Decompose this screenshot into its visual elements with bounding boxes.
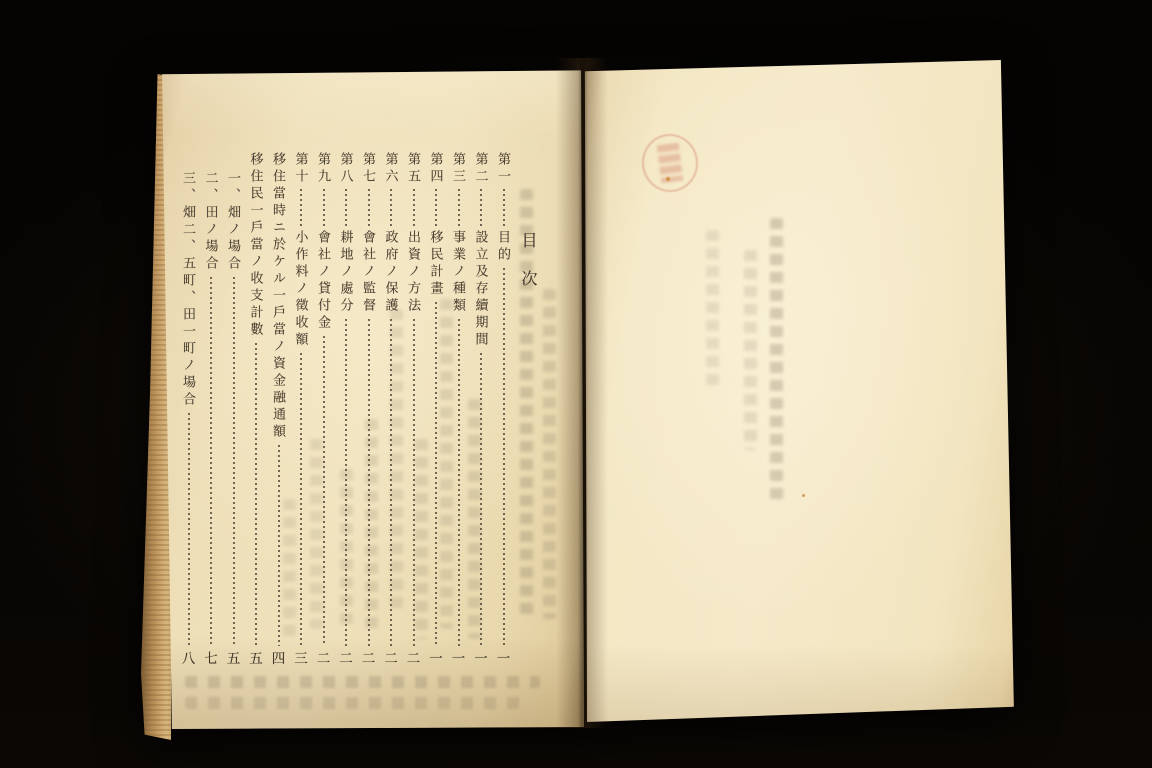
- toc-entry: 移住當時ニ於ケル一戶當ノ資金融通額 四: [268, 152, 289, 668]
- toc-leader-dots: [458, 319, 460, 646]
- toc-leader-dots: [480, 189, 482, 227]
- toc-leader-dots: [255, 343, 257, 646]
- toc-entry-number: 第十: [295, 152, 308, 186]
- left-page: 目次 第一 目的 一 第二 設立及存續期間 一 第三 事業ノ種類 一 第四: [160, 69, 584, 729]
- toc-leader-dots: [503, 268, 505, 646]
- toc-entry-page-number: 一: [497, 649, 511, 668]
- toc-leader-dots: [458, 189, 460, 227]
- toc-leader-dots: [390, 319, 392, 646]
- toc-entry: 第十 小作料ノ徵收額 三: [291, 152, 312, 668]
- toc-entry-number: 第五: [407, 152, 420, 186]
- toc-leader-dots: [413, 319, 415, 646]
- showthrough-column: [770, 218, 783, 502]
- toc-entry-page-number: 七: [204, 649, 218, 668]
- toc-entry-page-number: 五: [249, 649, 263, 668]
- paper-speck: [802, 494, 805, 497]
- toc-entry-label: 耕地ノ處分: [340, 230, 353, 315]
- toc-entry-page-number: 二: [339, 649, 353, 668]
- toc-entry: 第六 政府ノ保護 二: [381, 152, 402, 668]
- toc-entry: 二、田ノ場合 七: [201, 152, 222, 668]
- showthrough-row: [185, 697, 530, 709]
- toc-entry-page-number: 五: [227, 649, 241, 668]
- toc-entry: 第三 事業ノ種類 一: [448, 152, 469, 668]
- toc-entry-number: 第六: [385, 152, 398, 186]
- seal-ink-dot: [666, 177, 670, 181]
- toc-entry-label: 移民計畫: [430, 230, 443, 298]
- book: 目次 第一 目的 一 第二 設立及存續期間 一 第三 事業ノ種類 一 第四: [0, 0, 1152, 768]
- showthrough-column: [543, 289, 556, 619]
- toc-entry: 移住民一戶當ノ收支計數 五: [246, 152, 267, 668]
- toc-entry: 第四 移民計畫 一: [426, 152, 447, 668]
- toc-leader-dots: [480, 353, 482, 646]
- toc-entry-label: 會社ノ貸付金: [317, 230, 330, 332]
- toc-entry-label: 一、畑ノ場合: [227, 171, 240, 273]
- showthrough-column: [706, 230, 719, 390]
- toc-entry-page-number: 一: [474, 649, 488, 668]
- toc-entry-page-number: 三: [294, 649, 308, 668]
- toc-entry-page-number: 二: [362, 649, 376, 668]
- toc-entry: 三、畑二、五町、田一町ノ場合 八: [178, 152, 199, 668]
- toc-entry: 第八 耕地ノ處分 二: [336, 152, 357, 668]
- toc-leader-dots: [323, 336, 325, 646]
- toc-entry-label: 移住當時ニ於ケル一戶當ノ資金融通額: [272, 152, 285, 441]
- toc-entry-page-number: 一: [429, 649, 443, 668]
- toc-entry: 一、畑ノ場合 五: [223, 152, 244, 668]
- toc-entry-page-number: 二: [317, 649, 331, 668]
- showthrough-column: [744, 250, 757, 450]
- toc-entry-page-number: 四: [272, 649, 286, 668]
- toc-leader-dots: [300, 189, 302, 227]
- toc-entry-number: 第一: [497, 152, 510, 186]
- showthrough-row: [185, 676, 540, 688]
- toc-entry-label: 事業ノ種類: [452, 230, 465, 315]
- toc-leader-dots: [368, 189, 370, 227]
- toc-entry-label: 設立及存續期間: [475, 230, 488, 349]
- toc-entry-number: 第八: [340, 152, 353, 186]
- toc-leader-dots: [345, 189, 347, 227]
- toc-leader-dots: [345, 319, 347, 646]
- toc-title: 目次: [515, 232, 539, 308]
- toc-entry: 第一 目的 一: [493, 152, 514, 668]
- toc-entry-number: 第九: [317, 152, 330, 186]
- toc-entry-number: 第三: [452, 152, 465, 186]
- toc-entry-label: 目的: [497, 230, 510, 264]
- toc-leader-dots: [323, 189, 325, 227]
- toc-leader-dots: [413, 189, 415, 227]
- toc-entry-label: 出資ノ方法: [407, 230, 420, 315]
- toc-entry-label: 移住民一戶當ノ收支計數: [250, 152, 263, 339]
- toc-entry: 第二 設立及存續期間 一: [471, 152, 492, 668]
- toc-entry: 第九 會社ノ貸付金 二: [313, 152, 334, 668]
- toc-leader-dots: [503, 189, 505, 227]
- toc-leader-dots: [278, 445, 280, 646]
- toc-entry-label: 三、畑二、五町、田一町ノ場合: [182, 171, 195, 409]
- toc-leader-dots: [210, 277, 212, 646]
- toc-entry-number: 第四: [430, 152, 443, 186]
- toc-leader-dots: [188, 413, 190, 646]
- toc-entry-label: 小作料ノ徵收額: [295, 230, 308, 349]
- toc-entry: 第七 會社ノ監督 二: [358, 152, 379, 668]
- toc-entry-number: 第七: [362, 152, 375, 186]
- toc-list: 第一 目的 一 第二 設立及存續期間 一 第三 事業ノ種類 一 第四 移民計畫 …: [178, 152, 514, 668]
- toc-leader-dots: [300, 353, 302, 646]
- toc-entry-label: 會社ノ監督: [362, 230, 375, 315]
- toc-entry-page-number: 二: [407, 649, 421, 668]
- seal-characters: [657, 143, 683, 183]
- toc-leader-dots: [435, 302, 437, 646]
- toc-leader-dots: [435, 189, 437, 227]
- toc-entry-page-number: 一: [452, 649, 466, 668]
- toc-entry-label: 二、田ノ場合: [205, 171, 218, 273]
- photo-of-open-book: 目次 第一 目的 一 第二 設立及存續期間 一 第三 事業ノ種類 一 第四: [0, 0, 1152, 768]
- toc-leader-dots: [233, 277, 235, 646]
- toc-entry-number: 第二: [475, 152, 488, 186]
- toc-entry-page-number: 二: [384, 649, 398, 668]
- toc-entry-page-number: 八: [182, 649, 196, 668]
- toc-leader-dots: [390, 189, 392, 227]
- toc-leader-dots: [368, 319, 370, 646]
- toc-entry-label: 政府ノ保護: [385, 230, 398, 315]
- toc-entry: 第五 出資ノ方法 二: [403, 152, 424, 668]
